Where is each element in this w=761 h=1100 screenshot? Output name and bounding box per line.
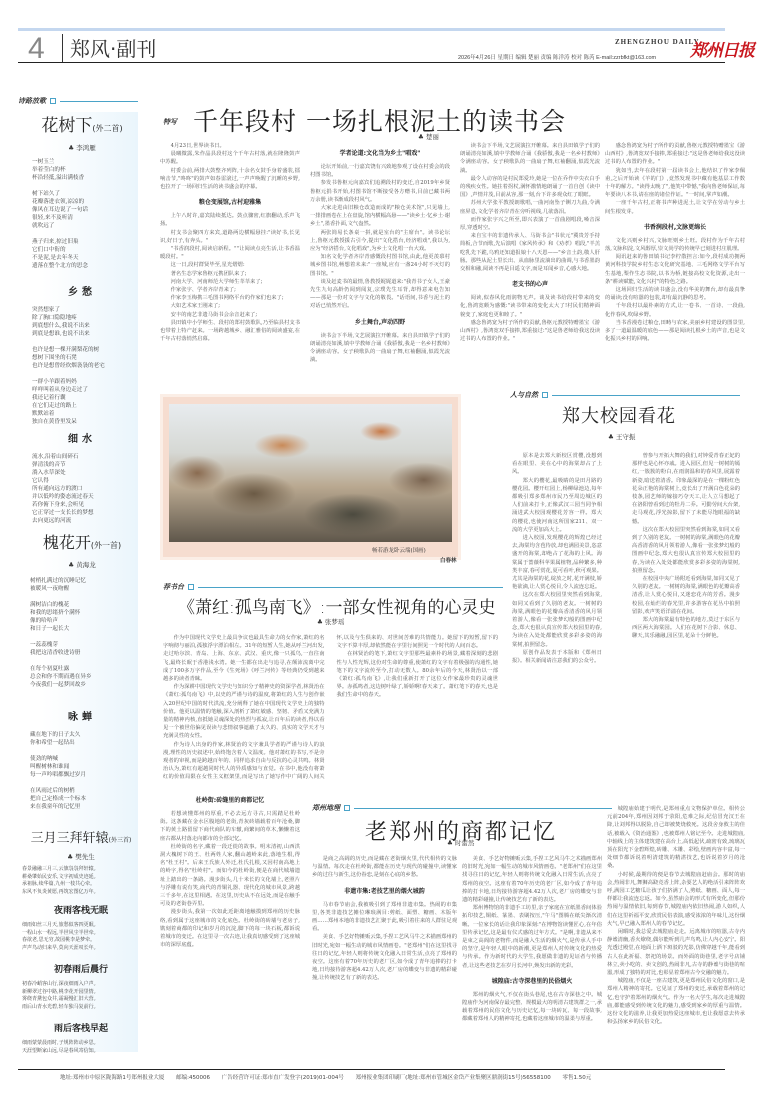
zz-kicker: 郑州地理 xyxy=(312,803,612,813)
poem-stanza: 初春冷峭客山行,深夜细雨入户声。 新柳翠过谷中路,桃李花开园里情。 雾绕青黛包众… xyxy=(22,981,140,1011)
nature-author: ♣ 王守振 xyxy=(608,432,635,441)
paragraph: 郑大的樱花,最吸睛的是田月路的樱花园。樱开红园上,杨柳绿池边,每年都吸引郑多郑州… xyxy=(512,477,602,534)
kicker-box-icon xyxy=(188,584,194,590)
paragraph: 作为中国现代文学史上最具争议也最具生命力的女作家,萧红的名字响彻与丽泊,孤独浮宇… xyxy=(163,634,325,683)
zz-col-4: 城隍庙始建于明代,是郑州重点文物保护单位。相传公元前204年,郑州因刘邦于荥阳,… xyxy=(607,805,745,1047)
paragraph: 村委会前,两排大鼓整齐列阵,十余名女鼓手身着盛装,擂响击节,"咚咚"的鼓声如春雷… xyxy=(160,167,300,192)
subheading: 杜岭街:砖缝里的商都记忆 xyxy=(160,795,300,804)
poem-stanza: 也许是想一棵开满梨花的树 想树下围坐的石凳 也许是想曾经炊烟袅袅的老宅 xyxy=(32,346,138,370)
paragraph: 马市春节庙会,我被吸引到了郑州非遗市集。热闹的市集里,各类非遗技艺摊位琳琅满目:… xyxy=(312,901,457,934)
nature-col-1: 原本是去郑大新校区赏樱,没想到看在眼里、美在心中的海棠却占了上风。 郑大的樱花,… xyxy=(512,452,602,800)
paragraph: 知名文化学者齐岸青感慨段村图书馆,由此,他更羡慕村城乡图书馆,畅想着未来:"一座… xyxy=(310,253,450,278)
zz-col-2: 是商之高阔的历史,而是藏在老街烟火里,代代相传的文脉与温情。每次走在杜岭街,都能… xyxy=(312,855,457,1047)
paragraph: 苏州大学张平教授朗歌唱,一曲河南坠子铡刀九曲,令满座屏息,文化学者齐岸青在旁听视… xyxy=(460,199,600,215)
poem-suffix: (外二首) xyxy=(92,124,122,133)
paragraph: 著名生态学家鲁枢元携团队来了; xyxy=(160,270,300,278)
painting-caption: 畅若游龙卧云端(国画) xyxy=(372,546,426,554)
header-accent-bar xyxy=(18,28,725,31)
nature-kicker: 人与自然 xyxy=(510,390,740,400)
poem-stanza: 使劲的呐喊 叫醒树林和谁闻 每一声吟唱都飘过岁月 xyxy=(30,755,138,779)
subheading: 老支书的心声 xyxy=(460,279,600,288)
kicker-line xyxy=(60,101,138,102)
landscape-painting-image xyxy=(169,404,452,542)
paragraph: 城隍庙,不仅是一座古建筑,更是郑州民俗文化的窗口,是郑州人精神的寄托。它见证了郑… xyxy=(607,977,745,1026)
paragraph: 阅读,似春风化雨润物无声。谈及读书给段村带来的变化,鲁鸿宽颇为感慨:"读书带来的… xyxy=(460,294,600,319)
book-author: ♣ 张梦瑶 xyxy=(317,617,344,626)
paragraph: 这场回归生活的读书盛会,没有华美的舞台,却有最真挚的诵读;没有喧嚣的包装,却有最… xyxy=(605,286,745,302)
paragraph: 感念鲁鸿宽为村子所作的贡献,鲁枢元教授特赠墨宝《游山西村》,鲁鸿宽双手接捧,郑重… xyxy=(460,319,600,344)
paragraph: 这次在郑大校园里突然看到海棠,如同又看到了久别的老友。一树树的海棠,满眼色的花瓣… xyxy=(512,591,602,648)
paragraph: 在林贤治的笔下,萧红文字里那些最素朴的场景,藏着深刻的悲剧性与人性光辉,这份对生… xyxy=(337,650,499,699)
poem-chuchun: 初春雨后晨行 初春冷峭客山行,深夜细雨入户声。 新柳翠过谷中路,桃李花开园里情。… xyxy=(22,962,140,1011)
footer-address: 地址:郑州市中原区陇海路1号郑州报业大厦 xyxy=(60,1075,164,1081)
paragraph: 谈及赶麦书的最情,鲁教授娓娓道来:"我青书子女人,王豪先生九旬高龄仍阅到阅复,宗… xyxy=(310,278,450,311)
paragraph: 在校园中央广场附近看到海棠,如同又见了久别的老友。一树树的海棠,满眼色的花瓣高香… xyxy=(632,575,740,616)
subheading: 学者论道:文化当为乡土"唱戏" xyxy=(310,148,450,157)
poem-stanza: 在每个初夏吐露 总会和你不期而遇在异乡 今夜我们一起梦回故乡 xyxy=(30,665,138,689)
book-kicker: 荐书台 xyxy=(163,582,503,592)
footer: 地址:郑州市中原区陇海路1号郑州报业大厦 邮编:450006 广告经营许可证:郑… xyxy=(60,1073,591,1081)
paragraph: 千年段村以最朴素的方式,让一卷书、一首诗、一段曲,化作春风,吹绿乡野。 xyxy=(605,302,745,318)
paragraph: 晨曦微露,朱作晶县段村这个千年古村落,就在隆隆鼓声中苏醒。 xyxy=(160,150,300,166)
main-col-2: 学者论道:文化当为乡土"唱戏" 论坛开始前,一行嘉宾饶有兴致地参观了设在村委会的… xyxy=(310,142,450,387)
poem-title: 雨后客栈早起 xyxy=(22,1021,140,1034)
section-title: 郑风·副刊 xyxy=(70,36,156,62)
poem-stanza: 流水,沿着山间碎石 弹清浅的音节 淌入水草深处 它认得 所有通向远方的渡口 并以… xyxy=(32,453,138,525)
paragraph: 这次在郑大校园里突然看到海棠,如同又看到了久别的老友。一树树的海棠,满眼色的花瓣… xyxy=(632,526,740,575)
header-rule xyxy=(18,62,725,63)
kicker-label: 郑州地理 xyxy=(312,803,340,813)
poem-suffix: (外一首) xyxy=(91,541,121,550)
subheading: 粮仓变展馆,古村迎雅集 xyxy=(160,197,300,206)
subheading: 书香润段村,文脉更绵长 xyxy=(605,222,745,231)
header-divider xyxy=(62,34,63,62)
poem-yeyu: 夜雨客栈无眠 细雨如丝三月天,旅愁似客四更眠。 一程山水一程远,半世风尘半世牵。… xyxy=(22,903,140,952)
paragraph: 原创作品发表于本版和《郑州日报》。相关新闻请注意我们的公众号。 xyxy=(512,649,602,665)
poem-author: ♣ 李鸿雁 xyxy=(26,143,138,152)
paragraph: 城隍庙始建于明代,是郑州重点文物保护单位。相传公元前204年,郑州因刘邦于荥阳,… xyxy=(607,805,745,871)
main-kicker: 特写 xyxy=(163,117,177,127)
paragraph: 郑州博物馆的非遗手工坊里,亲子家庭在宣纸墨香间体验拓印技艺,铜纸、篆墨、表刷按压… xyxy=(462,904,602,970)
zz-col-3: 美食、手艺好物摊贩云集,手捏工艺风马牛之术描画郑州的旧时光,宛如一幅生动的城市风… xyxy=(462,855,602,1047)
poem-huashuxia: 花树下(外二首) ♣ 李鸿雁 一树玉兰 举着莹白的杯 杯沿轻抵,溢出满枝香 树下… xyxy=(26,115,138,270)
paragraph: 而作家张宇兴之所至,即兴表演了一首曲剧唱段,嗓音深厚,穿透时空。 xyxy=(460,216,600,232)
paragraph: 感念鲁鸿宽为村子所作的贡献,鲁枢元教授特赠墨宝《游山西村》,鲁鸿宽双手接捧,郑重… xyxy=(605,142,745,167)
kicker-box-icon xyxy=(344,805,350,811)
paragraph: 小时候,最期待的便是春节去城隍庙赶庙会。那时的庙会,热闹非凡,舞狮高跷竞香上阵,… xyxy=(607,871,745,928)
poem-stanza: 细雨如丝三月天,旅愁似客四更眠。 一程山水一程远,半世风尘半世牵。 春欲老,思无… xyxy=(22,922,140,952)
poetry-kicker: 诗路放歌 xyxy=(18,96,138,106)
poem-author: ♣ 黄海龙 xyxy=(26,560,138,569)
book-body: 作为中国现代文学史上最具争议也最具生命力的女作家,萧红的名字响彻与丽泊,孤独浮宇… xyxy=(163,634,498,784)
painting-artist: 白春林 xyxy=(440,556,457,564)
zz-author: ♣ 时蕾然 xyxy=(447,838,474,847)
poem-stanza: 树下站久了 花瓣落进衣领,凉凉的 像风在耳边说了一句话 很轻,来不及听清 就吹远… xyxy=(32,190,138,230)
poem-stanza: 细雨蒙蒙晨雨时,子规阵阵动乡思。 天涯望断家山远,尽是春风寄信知。 xyxy=(22,1040,140,1055)
kicker-label: 诗路放歌 xyxy=(18,96,46,106)
paragraph: 论坛开始前,一行嘉宾饶有兴致地参观了设在村委会的段村图书馆。 xyxy=(310,163,450,179)
subheading: 非遗市集:老技艺里的烟火城韵 xyxy=(312,886,457,895)
paragraph: 读书会下半场,文艺展演拉开帷幕。来自县田镇学子们的朗诵清亮如溪,镇中学教师合诵《… xyxy=(460,142,600,175)
kicker-label: 荐书台 xyxy=(163,582,184,592)
paragraph: 安丰的南艺非遗马街书会余音赶来了; xyxy=(160,311,300,319)
paragraph: 当书香漫卷过粮仓,田畴与农家,美丽乡村建设的图景里,多了一道最温暖的底色——那是… xyxy=(605,319,745,344)
subheading: 城隍庙:古寺深巷里的民俗烟火 xyxy=(462,976,602,985)
page-number: 4 xyxy=(28,34,45,64)
paragraph: 曾参与开拓大舞的我们,对钟爱青春正妃的那样也是心怀亦戚。进入园区,但见一树树的嫣… xyxy=(632,452,740,526)
poem-xiangchou: 乡愁 突然想家了 除了胸口隐隐地疼 到底想什么,我说不出来 到底是想谁,也说不出… xyxy=(26,283,138,426)
kicker-box-icon xyxy=(50,98,56,104)
poem-stanza: 一蕊蕊槐芽 我把这清香收进诗册 xyxy=(30,641,138,657)
kicker-line xyxy=(198,587,503,588)
poem-author: ♣ 樊先生 xyxy=(22,852,140,861)
poem-stanza: 燕子归来,掠过旧巢 它们口中衔的 不是泥,是去年冬天 遗落在整个北方的思念 xyxy=(32,238,138,270)
poem-xishui: 细水 流水,沿着山间碎石 弹清浅的音节 淌入水草深处 它认得 所有通向远方的渡口… xyxy=(26,430,138,525)
paragraph: 原本是去郑大新校区赏樱,没想到看在眼里、美在心中的海棠却占了上风。 xyxy=(512,452,602,477)
poem-stanza: 突然想家了 除了胸口隐隐地疼 到底想什么,我说不出来 到底是想谁,也说不出来 xyxy=(32,306,138,338)
poem-stanza: 满树洁白的槐花 和我的思绪挤个满怀 像的哈哈声 和日子一起长大 xyxy=(30,601,138,633)
footer-postcode: 邮编:450006 xyxy=(176,1075,210,1081)
poem-stanza: 树梢扎满过的沉睡记忆 被暖风一夜吻醒 xyxy=(30,577,138,593)
paragraph: 村支书会聚四方来宾,道路两边横幅悬挂:"读好书,长见识,好日子,有奔头。" xyxy=(160,229,300,245)
paragraph: 读书会下半场,文艺展演拉开帷幕。来自县田镇学子们的朗诵清亮如溪,镇中学教师合诵《… xyxy=(310,332,450,365)
kicker-line xyxy=(552,395,740,396)
kicker-label: 人与自然 xyxy=(510,390,538,400)
main-col-1: 4月23日,世界读书日。 晨曦微露,朱作晶县段村这个千年古村落,就在隆隆鼓声中苏… xyxy=(160,142,300,343)
main-col-4: 感念鲁鸿宽为村子所作的贡献,鲁枢元教授特赠墨宝《游山西村》,鲁鸿宽双手接捧,郑重… xyxy=(605,142,745,377)
paragraph: 文化兴则乡村兴,文脉旺则乡土旺。段村作为千年古村落,文脉积淀,文风醇厚,崇文尚学… xyxy=(605,237,745,253)
paragraph: 河南大学、河南师范大学师生莘莘来了; xyxy=(160,278,300,286)
paragraph: 两张简易长条桌一拼,就是室台的"主席台"。读书论坛上,鲁枢元教授援古引今,提出"… xyxy=(310,229,450,254)
paragraph: 是商之高阔的历史,而是藏在老街烟火里,代代相传的文脉与温情。每次走在杜岭街,都能… xyxy=(312,855,457,880)
subheading: 乡土舞台,声动四野 xyxy=(310,317,450,326)
paragraph: 作家张宇、学者齐岸青来了; xyxy=(160,286,300,294)
poem-stanza: 一树玉兰 举着莹白的杯 杯沿轻抵,溢出满枝香 xyxy=(32,158,138,182)
footer-printer: 郑州报业集团印刷厂(地址:郑州市管城区金岱产业集聚区鼎润街15号)5655810… xyxy=(356,1075,551,1081)
poem-yongchan: 咏蝉 藏在地下的日子太久 你和希望一起钻出 使劲的呐喊 叫醒树林和谁闻 每一声吟… xyxy=(26,708,138,811)
paragraph: 郑大的海棠最有特色的地方,莫过于东区与西区两大海棠园。人们在花树下合影、休息、聊… xyxy=(632,616,740,641)
poem-stanza: 在风雨过后的树梢 把自己定格成一个标本 来在我童年的记忆里 xyxy=(30,787,138,811)
paragraph: 4月23日,世界读书日。 xyxy=(160,142,300,150)
paragraph: 漫步街头,我第一次如此近距离地触摸到郑州的历史脉络,看到属于这座城市的文化底色。… xyxy=(160,908,300,949)
poem-title: 咏蝉 xyxy=(26,708,138,723)
zz-col-1: 杜岭街:砖缝里的商都记忆 若想读懂郑州的厚重,不必去远方寻古,只需踏足杜岭街。这… xyxy=(160,795,300,1045)
paragraph: "书香润段村,阅读启新程。""让阅读点亮生活,让书香温暖段村。" xyxy=(160,245,300,261)
paragraph: 郑州的烟火气,不仅在街头巷尾,也在古寺深巷之中。城隍庙作为河南保存最完整、规模最… xyxy=(462,991,602,1024)
book-headline: 《萧红:孤鸟南飞》:一部女性视角的心灵史 xyxy=(178,593,495,618)
poem-huaihuakai: 槐花开(外一首) ♣ 黄海龙 树梢扎满过的沉睡记忆 被暖风一夜吻醒 满树洁白的槐… xyxy=(26,532,138,689)
footer-price: 零售1.50元 xyxy=(562,1075,591,1081)
poem-title: 花树下 xyxy=(41,116,92,136)
kicker-line xyxy=(354,808,612,809)
poem-title: 细水 xyxy=(26,430,138,445)
poem-title: 夜雨客栈无眠 xyxy=(22,903,140,916)
poem-title: 三月三拜轩辕 xyxy=(31,831,109,846)
paragraph: 这一日,段村群贤毕至,星光熠熠: xyxy=(160,261,300,269)
poem-title: 乡愁 xyxy=(26,283,138,298)
paragraph: 最令人动容的是村民郑爱玲,她是一位在乔作中尖衣白手的残疾女性。她拄着拐杖,满怀激… xyxy=(460,175,600,200)
paragraph: 县田镇中小学师生、段村的郑村鼓歌队,乃至临县村支书也带着上特产赶来。一场跨越城乡… xyxy=(160,319,300,344)
main-col-3: 读书会下半场,文艺展演拉开帷幕。来自县田镇学子们的朗诵清亮如溪,镇中学教师合诵《… xyxy=(460,142,600,382)
paragraph: 若想读懂郑州的厚重,不必去远方寻古,只需踏足杜岭街。这条藏在金水区腹地的老街,青… xyxy=(160,810,300,843)
poem-stanza: 藏在地下的日子太久 你和希望一起钻出 xyxy=(30,731,138,747)
poem-yuhou: 雨后客栈早起 细雨蒙蒙晨雨时,子规阵阵动乡思。 天涯望断家山远,尽是春风寄信知。 xyxy=(22,1021,140,1055)
newspaper-logo: 郑州日报 xyxy=(690,36,754,61)
paragraph: 参发书鲁枢元向嘉宾们追溯段村的变迁,自2019年乡贤鲁枢元捐书开始,村图书馆不断… xyxy=(310,179,450,204)
paragraph: 闲暇时,我总爱去城隍庙走走。远离城市的喧嚣,古寺内静谧清幽,香火缭绕,偶尔能听到… xyxy=(607,928,745,977)
poem-sanyuesan: 三月三拜轩辕(外三首) ♣ 樊先生 春景融融三月三,云旗袅袅拜轩辕。 耕桑肇始民… xyxy=(22,830,140,896)
poem-stanza: 春景融融三月三,云旗袅袅拜轩辕。 耕桑肇始民安乐,文字初成史迹延。 承祖脉,续华… xyxy=(22,866,140,896)
kicker-box-icon xyxy=(542,392,548,398)
main-headline: 千年段村 一场扎根泥土的读书会 xyxy=(193,102,566,138)
paragraph: 作为深耕中国现代文学史与知识分子精神史的资深学者,林贤治在《萧红:孤鸟南飞》中,… xyxy=(163,683,325,740)
footer-license: 广告经营许可证:郑市直广发登字(2019)01-004号 xyxy=(222,1075,344,1081)
masthead-info: 2026年4月26日 星期日 编辑 楚丽 责编 陈洋涛 校对 陈芮 E-mail… xyxy=(458,53,656,61)
paragraph: 美食、手艺好物摊贩云集,手捏工艺风马牛之术描画郑州的旧时光,宛如一幅生动的城市风… xyxy=(462,855,602,904)
paragraph: 大家走进由旧粮仓改造而成的"粮仓美术馆",只见墙上,一排排画卷在上在盘旋,馆内横… xyxy=(310,204,450,229)
paragraph: 犹如当,去年在段村第一届读书会上,他结识了作家李佩甫,之后开始读《羊的门》,竟然… xyxy=(605,167,745,200)
poem-title: 槐花开 xyxy=(43,533,91,552)
poem-suffix: (外三首) xyxy=(109,837,132,844)
paragraph: 一座千年古村,正将书声种进泥土,让文学在劳动与乡土间生根发芽。 xyxy=(605,199,745,215)
poem-stanza: 一群小羊跟着妈妈 咩咩叫着从身边走过了 我还记着行囊 在它们走过的路上 默默站着… xyxy=(32,378,138,426)
nature-col-2: 曾参与开拓大舞的我们,对钟爱青春正妃的那样也是心怀亦戚。进入园区,但见一树树的嫣… xyxy=(632,452,740,800)
paragraph: 来自宝丰的非遗传承人、马街书会"书状元"冀贵芳手持简板,合节而歌,先后演唱《家风… xyxy=(460,232,600,273)
paragraph: 美食、手艺好物摊贩云集,手捏工艺风马牛之术描画郑州的旧时光,宛如一幅生动的城市风… xyxy=(312,933,457,982)
masthead-english: ZHENGZHOU DAILY xyxy=(615,38,700,46)
paragraph: 杜岭街的名字,藏着一段迁徙的故事。明末清初,山西洪洞大槐树下的王、杜两姓人家,翻… xyxy=(160,843,300,909)
nature-headline: 郑大校园看花 xyxy=(562,402,676,428)
poem-title: 初春雨后晨行 xyxy=(22,962,140,975)
paragraph: 作家李玉梅携三毛图书网络平台的作家们也来了; xyxy=(160,294,300,302)
paragraph: 上午八时许,嘉宾陆续抵达。鼓点骤密,红旗翻动,乐声飞扬。 xyxy=(160,212,300,228)
paragraph: 大如艺术家王刚来了; xyxy=(160,302,300,310)
footer-rule xyxy=(18,1069,725,1070)
main-author: ♣ 楚丽 xyxy=(418,132,439,141)
paragraph: 进入校园,发现樱花的辉煌已经过去,海棠均含苞待放,却也满园美景,恣意盛开的海棠,… xyxy=(512,534,602,591)
paragraph: 阅讯赶来的鲁田镇书记李柠散担言:如今,段村成功拥两黄河科技学院乡村生态文化研究基… xyxy=(605,253,745,286)
